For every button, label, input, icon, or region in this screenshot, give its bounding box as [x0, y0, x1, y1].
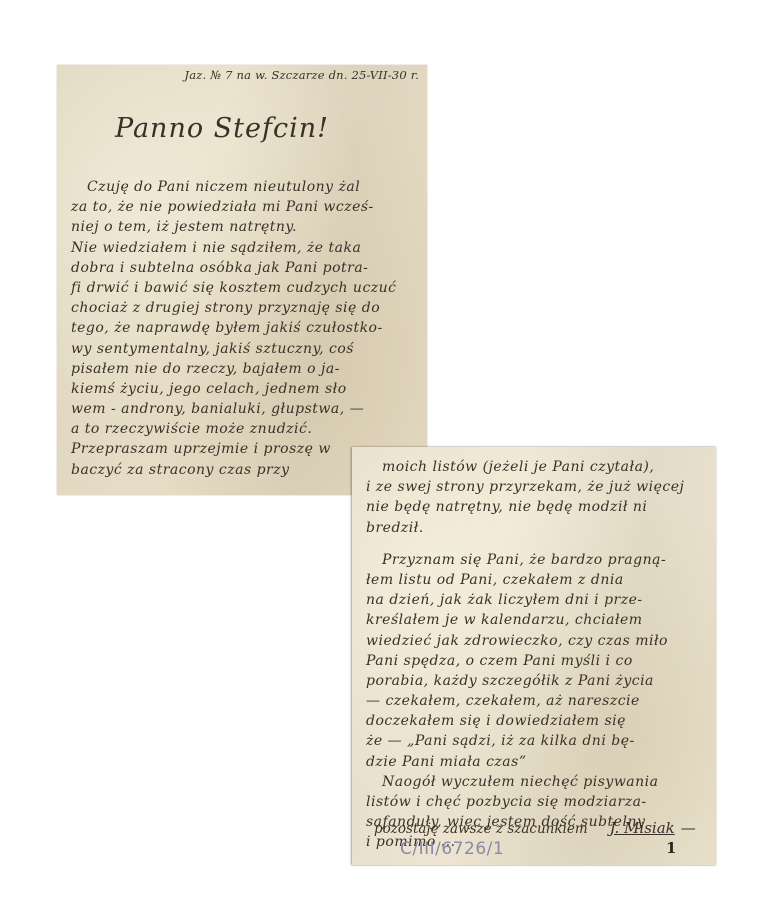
text-line: wiedzieć jak zdrowieczko, czy czas miło — [366, 631, 706, 651]
text-line: nie będę natrętny, nie będę modził ni — [366, 497, 706, 517]
text-line: i ze swej strony przyrzekam, że już więc… — [366, 477, 706, 497]
text-line: Czuję do Pani niczem nieutulony żal — [71, 177, 417, 197]
text-line: bredził. — [366, 518, 706, 538]
signature: J. Misiak — [610, 819, 675, 837]
letter-page-2: moich listów (jeżeli je Pani czytała), i… — [352, 447, 716, 865]
text-line: kiemś życiu, jego celach, jednem sło — [71, 379, 417, 399]
letter-body-page-1: Czuję do Pani niczem nieutulony żal za t… — [71, 177, 417, 480]
text-line: niej o tem, iż jestem natrętny. — [71, 217, 417, 237]
text-line: tego, że naprawdę byłem jakiś czułostko- — [71, 318, 417, 338]
letter-header-place-date: Jaz. № 7 na w. Szczarze dn. 25-VII-30 r. — [184, 68, 419, 82]
text-line: wem - androny, banialuki, głupstwa, — — [71, 399, 417, 419]
text-line: moich listów (jeżeli je Pani czytała), — [366, 457, 706, 477]
text-line: dobra i subtelna osóbka jak Pani potra- — [71, 258, 417, 278]
text-line: łem listu od Pani, czekałem z dnia — [366, 570, 706, 590]
text-line: fi drwić i bawić się kosztem cudzych ucz… — [71, 278, 417, 298]
letter-salutation: Panno Stefcin! — [115, 113, 329, 144]
text-line: Przyznam się Pani, że bardzo pragną- — [366, 550, 706, 570]
text-line: za to, że nie powiedziała mi Pani wcześ- — [71, 197, 417, 217]
text-line: doczekałem się i dowiedziałem się — [366, 711, 706, 731]
text-line: że — „Pani sądzi, iż za kilka dni bę- — [366, 731, 706, 751]
text-line: Naogół wyczułem niechęć pisywania — [366, 772, 706, 792]
text-line: pisałem nie do rzeczy, bajałem o ja- — [71, 359, 417, 379]
text-line: — czekałem, czekałem, aż nareszcie — [366, 691, 706, 711]
closing-phrase: pozostaję zawsze z szacunkiem — [374, 821, 588, 837]
signature-dash: — — [681, 819, 696, 837]
text-line: listów i chęć pozbycia się modziarza- — [366, 792, 706, 812]
text-line: chociaż z drugiej strony przyznaję się d… — [71, 298, 417, 318]
page-number-mark: 1 — [666, 839, 676, 857]
paragraph-gap — [366, 538, 706, 550]
text-line: dzie Pani miała czas” — [366, 752, 706, 772]
letter-page-1: Jaz. № 7 na w. Szczarze dn. 25-VII-30 r.… — [57, 65, 427, 495]
letter-body-page-2: moich listów (jeżeli je Pani czytała), i… — [366, 457, 706, 853]
text-line: Pani spędza, o czem Pani myśli i co — [366, 651, 706, 671]
closing-signature-row: pozostaję zawsze z szacunkiem J. Misiak … — [374, 819, 706, 837]
text-line: kreślałem je w kalendarzu, chciałem — [366, 610, 706, 630]
text-line: Nie wiedziałem i nie sądziłem, że taka — [71, 238, 417, 258]
text-line: porabia, każdy szczegółik z Pani życia — [366, 671, 706, 691]
text-line: na dzień, jak żak liczyłem dni i prze- — [366, 590, 706, 610]
text-line: wy sentymentalny, jakiś sztuczny, coś — [71, 339, 417, 359]
archive-catalog-mark: C/III/6726/1 — [400, 839, 504, 859]
text-line: a to rzeczywiście może znudzić. — [71, 419, 417, 439]
